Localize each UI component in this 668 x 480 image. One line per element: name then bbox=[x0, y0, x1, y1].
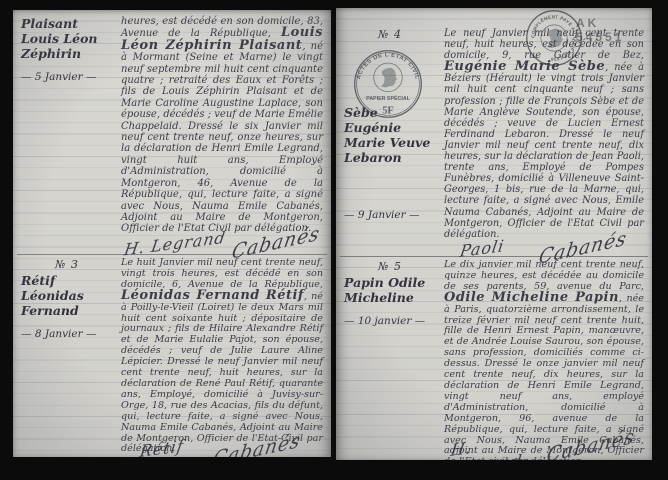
record-4-sebe: № 4 Sèbe Eugénie Marie Veuve Lebaron — 9… bbox=[344, 28, 644, 254]
record-body-text: , né à Mormant (Seine et Marne) le vingt… bbox=[121, 41, 323, 235]
signatures-row: Paoli Cabanés bbox=[444, 243, 644, 254]
record-number: № 4 bbox=[344, 28, 436, 41]
record-body-text: Le huit Janvier mil neuf cent trente neu… bbox=[121, 257, 323, 290]
margin-date: — 9 Janvier — bbox=[344, 209, 436, 221]
record-number: № 3 bbox=[21, 258, 113, 271]
record-separator bbox=[340, 256, 648, 257]
record-margin: № 5 Papin Odile Micheline — 10 janvier — bbox=[344, 260, 436, 460]
record-body: Le huit Janvier mil neuf cent trente neu… bbox=[121, 258, 323, 455]
declarant-signature: H. Legrand bbox=[123, 231, 226, 255]
signatures-row: H. Legrand Cabanés bbox=[121, 238, 323, 249]
record-margin: Plaisant Louis Léon Zéphirin — 5 Janvier… bbox=[21, 16, 113, 249]
record-number: № 5 bbox=[344, 260, 436, 273]
declarant-signature: Rétif bbox=[138, 436, 185, 457]
record-body-text: , né à Poilly-le-Vieil (Loiret) le deux … bbox=[121, 291, 323, 455]
margin-date: — 10 janvier — bbox=[344, 315, 436, 327]
record-body-text: Le dix janvier mil neuf cent trente neuf… bbox=[444, 259, 644, 292]
declarant-signature: Paoli bbox=[460, 240, 506, 257]
margin-date: — 8 Janvier — bbox=[21, 328, 113, 340]
record-separator bbox=[17, 254, 327, 255]
record-3-retif: № 3 Rétif Léonidas Fernand — 8 Janvier —… bbox=[21, 258, 323, 455]
record-body-text: Le neuf Janvier mil neuf cent trente neu… bbox=[444, 28, 644, 61]
margin-deceased-name: Plaisant Louis Léon Zéphirin bbox=[21, 16, 113, 61]
margin-deceased-name: Papin Odile Micheline bbox=[344, 275, 436, 305]
record-margin: № 3 Rétif Léonidas Fernand — 8 Janvier — bbox=[21, 258, 113, 455]
deceased-name-highlight: Léonidas Fernand Rétif bbox=[121, 288, 304, 303]
record-continuation-plaisant: Plaisant Louis Léon Zéphirin — 5 Janvier… bbox=[21, 16, 323, 249]
margin-deceased-name: Sèbe Eugénie Marie Veuve Lebaron bbox=[344, 105, 436, 165]
signatures-row: Rétif Cabanés bbox=[126, 439, 315, 457]
register-scan-background: Plaisant Louis Léon Zéphirin — 5 Janvier… bbox=[0, 0, 668, 480]
record-body: heures, est décédé en son domicile, 83, … bbox=[121, 16, 323, 249]
signatures-row: H. Legrand Cabanés bbox=[449, 435, 636, 460]
left-page: Plaisant Louis Léon Zéphirin — 5 Janvier… bbox=[13, 10, 331, 457]
right-page: AK 54551 COMPLÉMENT PAYÉ AU TARIF DE 193… bbox=[336, 8, 652, 460]
deceased-name-highlight: Odile Micheline Papin bbox=[444, 290, 619, 305]
margin-date: — 5 Janvier — bbox=[21, 71, 113, 83]
deceased-name-highlight: Eugénie Marie Sèbe bbox=[444, 59, 605, 74]
record-margin: № 4 Sèbe Eugénie Marie Veuve Lebaron — 9… bbox=[344, 28, 436, 254]
record-5-papin: № 5 Papin Odile Micheline — 10 janvier —… bbox=[344, 260, 644, 460]
record-body-text: , née à Béziers (Hérault) le vingt trois… bbox=[444, 62, 644, 239]
margin-deceased-name: Rétif Léonidas Fernand bbox=[21, 273, 113, 318]
record-body: Le neuf Janvier mil neuf cent trente neu… bbox=[444, 28, 644, 254]
